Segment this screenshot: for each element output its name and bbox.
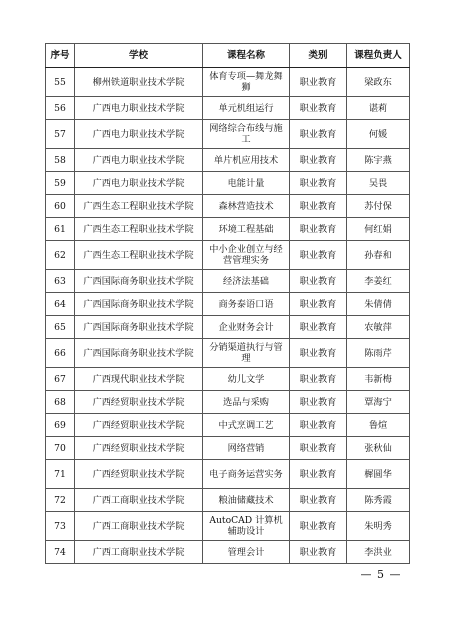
cell-school: 广西国际商务职业技术学院: [75, 339, 203, 368]
cell-course: 管理会计: [203, 541, 290, 564]
cell-category: 职业教育: [290, 368, 347, 391]
table-row: 72广西工商职业技术学院粮油储藏技术职业教育陈秀霞: [46, 489, 410, 512]
table-row: 58广西电力职业技术学院单片机应用技术职业教育陈宇燕: [46, 149, 410, 172]
cell-course: 体育专项—舞龙舞狮: [203, 68, 290, 97]
cell-course: 环境工程基础: [203, 218, 290, 241]
cell-no: 63: [46, 270, 75, 293]
cell-no: 58: [46, 149, 75, 172]
table-header-row: 序号 学校 课程名称 类别 课程负责人: [46, 44, 410, 68]
cell-no: 57: [46, 120, 75, 149]
cell-course: 森林营造技术: [203, 195, 290, 218]
cell-course: AutoCAD 计算机辅助设计: [203, 512, 290, 541]
cell-leader: 韦新梅: [347, 368, 410, 391]
cell-category: 职业教育: [290, 97, 347, 120]
cell-no: 69: [46, 414, 75, 437]
cell-no: 60: [46, 195, 75, 218]
page-number: — 5 —: [360, 568, 402, 581]
cell-no: 64: [46, 293, 75, 316]
cell-category: 职业教育: [290, 460, 347, 489]
cell-school: 广西工商职业技术学院: [75, 541, 203, 564]
cell-no: 59: [46, 172, 75, 195]
cell-school: 广西经贸职业技术学院: [75, 414, 203, 437]
cell-course: 中式烹调工艺: [203, 414, 290, 437]
table-row: 60广西生态工程职业技术学院森林营造技术职业教育苏付保: [46, 195, 410, 218]
cell-category: 职业教育: [290, 512, 347, 541]
table-row: 69广西经贸职业技术学院中式烹调工艺职业教育鲁煊: [46, 414, 410, 437]
cell-category: 职业教育: [290, 391, 347, 414]
cell-leader: 陈雨芹: [347, 339, 410, 368]
cell-category: 职业教育: [290, 437, 347, 460]
cell-course: 企业财务会计: [203, 316, 290, 339]
cell-no: 68: [46, 391, 75, 414]
table-row: 74广西工商职业技术学院管理会计职业教育李洪业: [46, 541, 410, 564]
cell-category: 职业教育: [290, 293, 347, 316]
cell-school: 广西国际商务职业技术学院: [75, 316, 203, 339]
table-row: 64广西国际商务职业技术学院商务泰语口语职业教育朱倩倩: [46, 293, 410, 316]
table-row: 66广西国际商务职业技术学院分销渠道执行与管理职业教育陈雨芹: [46, 339, 410, 368]
cell-category: 职业教育: [290, 414, 347, 437]
cell-school: 广西工商职业技术学院: [75, 512, 203, 541]
table-row: 65广西国际商务职业技术学院企业财务会计职业教育农敏萍: [46, 316, 410, 339]
cell-leader: 朱倩倩: [347, 293, 410, 316]
cell-school: 广西经贸职业技术学院: [75, 437, 203, 460]
cell-school: 广西现代职业技术学院: [75, 368, 203, 391]
cell-school: 广西电力职业技术学院: [75, 172, 203, 195]
cell-school: 广西电力职业技术学院: [75, 120, 203, 149]
cell-course: 商务泰语口语: [203, 293, 290, 316]
cell-no: 65: [46, 316, 75, 339]
cell-category: 职业教育: [290, 195, 347, 218]
cell-course: 粮油储藏技术: [203, 489, 290, 512]
cell-course: 经济法基础: [203, 270, 290, 293]
cell-leader: 谌莉: [347, 97, 410, 120]
cell-leader: 何红娟: [347, 218, 410, 241]
header-category: 类别: [290, 44, 347, 68]
table-row: 71广西经贸职业技术学院电子商务运营实务职业教育樨圆华: [46, 460, 410, 489]
cell-no: 71: [46, 460, 75, 489]
cell-category: 职业教育: [290, 172, 347, 195]
cell-school: 广西生态工程职业技术学院: [75, 218, 203, 241]
cell-category: 职业教育: [290, 316, 347, 339]
cell-category: 职业教育: [290, 541, 347, 564]
table-row: 73广西工商职业技术学院AutoCAD 计算机辅助设计职业教育朱明秀: [46, 512, 410, 541]
cell-course: 单元机组运行: [203, 97, 290, 120]
cell-school: 广西生态工程职业技术学院: [75, 241, 203, 270]
cell-leader: 梁政东: [347, 68, 410, 97]
cell-school: 广西经贸职业技术学院: [75, 391, 203, 414]
header-no: 序号: [46, 44, 75, 68]
table-row: 59广西电力职业技术学院电能计量职业教育吴畏: [46, 172, 410, 195]
cell-course: 网络营销: [203, 437, 290, 460]
cell-no: 61: [46, 218, 75, 241]
cell-leader: 陈秀霞: [347, 489, 410, 512]
cell-course: 电子商务运营实务: [203, 460, 290, 489]
document-page: 序号 学校 课程名称 类别 课程负责人 55柳州铁道职业技术学院体育专项—舞龙舞…: [0, 0, 459, 624]
cell-category: 职业教育: [290, 489, 347, 512]
cell-leader: 吴畏: [347, 172, 410, 195]
cell-leader: 农敏萍: [347, 316, 410, 339]
cell-no: 73: [46, 512, 75, 541]
cell-course: 幼儿文学: [203, 368, 290, 391]
cell-course: 选品与采购: [203, 391, 290, 414]
cell-leader: 朱明秀: [347, 512, 410, 541]
cell-category: 职业教育: [290, 339, 347, 368]
cell-course: 网络综合布线与施工: [203, 120, 290, 149]
cell-school: 柳州铁道职业技术学院: [75, 68, 203, 97]
cell-category: 职业教育: [290, 120, 347, 149]
cell-no: 67: [46, 368, 75, 391]
cell-school: 广西国际商务职业技术学院: [75, 293, 203, 316]
table-row: 57广西电力职业技术学院网络综合布线与施工职业教育何媛: [46, 120, 410, 149]
header-school: 学校: [75, 44, 203, 68]
table-body: 55柳州铁道职业技术学院体育专项—舞龙舞狮职业教育梁政东56广西电力职业技术学院…: [46, 68, 410, 564]
cell-school: 广西经贸职业技术学院: [75, 460, 203, 489]
table-row: 68广西经贸职业技术学院选品与采购职业教育覃海宁: [46, 391, 410, 414]
header-leader: 课程负责人: [347, 44, 410, 68]
table-row: 70广西经贸职业技术学院网络营销职业教育张秋仙: [46, 437, 410, 460]
cell-no: 66: [46, 339, 75, 368]
cell-category: 职业教育: [290, 218, 347, 241]
cell-category: 职业教育: [290, 241, 347, 270]
table-row: 67广西现代职业技术学院幼儿文学职业教育韦新梅: [46, 368, 410, 391]
cell-no: 55: [46, 68, 75, 97]
cell-leader: 李姜红: [347, 270, 410, 293]
cell-no: 70: [46, 437, 75, 460]
cell-category: 职业教育: [290, 149, 347, 172]
cell-leader: 鲁煊: [347, 414, 410, 437]
table-row: 61广西生态工程职业技术学院环境工程基础职业教育何红娟: [46, 218, 410, 241]
cell-leader: 李洪业: [347, 541, 410, 564]
course-table: 序号 学校 课程名称 类别 课程负责人 55柳州铁道职业技术学院体育专项—舞龙舞…: [45, 43, 410, 564]
cell-school: 广西生态工程职业技术学院: [75, 195, 203, 218]
cell-leader: 张秋仙: [347, 437, 410, 460]
table-row: 55柳州铁道职业技术学院体育专项—舞龙舞狮职业教育梁政东: [46, 68, 410, 97]
table-row: 62广西生态工程职业技术学院中小企业创立与经营管理实务职业教育孙春和: [46, 241, 410, 270]
header-course: 课程名称: [203, 44, 290, 68]
cell-leader: 何媛: [347, 120, 410, 149]
cell-leader: 覃海宁: [347, 391, 410, 414]
cell-leader: 樨圆华: [347, 460, 410, 489]
cell-school: 广西电力职业技术学院: [75, 149, 203, 172]
cell-leader: 孙春和: [347, 241, 410, 270]
cell-course: 单片机应用技术: [203, 149, 290, 172]
cell-category: 职业教育: [290, 270, 347, 293]
cell-category: 职业教育: [290, 68, 347, 97]
cell-leader: 陈宇燕: [347, 149, 410, 172]
cell-school: 广西电力职业技术学院: [75, 97, 203, 120]
table-row: 56广西电力职业技术学院单元机组运行职业教育谌莉: [46, 97, 410, 120]
cell-school: 广西国际商务职业技术学院: [75, 270, 203, 293]
cell-course: 中小企业创立与经营管理实务: [203, 241, 290, 270]
cell-no: 56: [46, 97, 75, 120]
cell-no: 72: [46, 489, 75, 512]
cell-no: 62: [46, 241, 75, 270]
cell-course: 分销渠道执行与管理: [203, 339, 290, 368]
cell-no: 74: [46, 541, 75, 564]
cell-school: 广西工商职业技术学院: [75, 489, 203, 512]
cell-leader: 苏付保: [347, 195, 410, 218]
table-row: 63广西国际商务职业技术学院经济法基础职业教育李姜红: [46, 270, 410, 293]
cell-course: 电能计量: [203, 172, 290, 195]
